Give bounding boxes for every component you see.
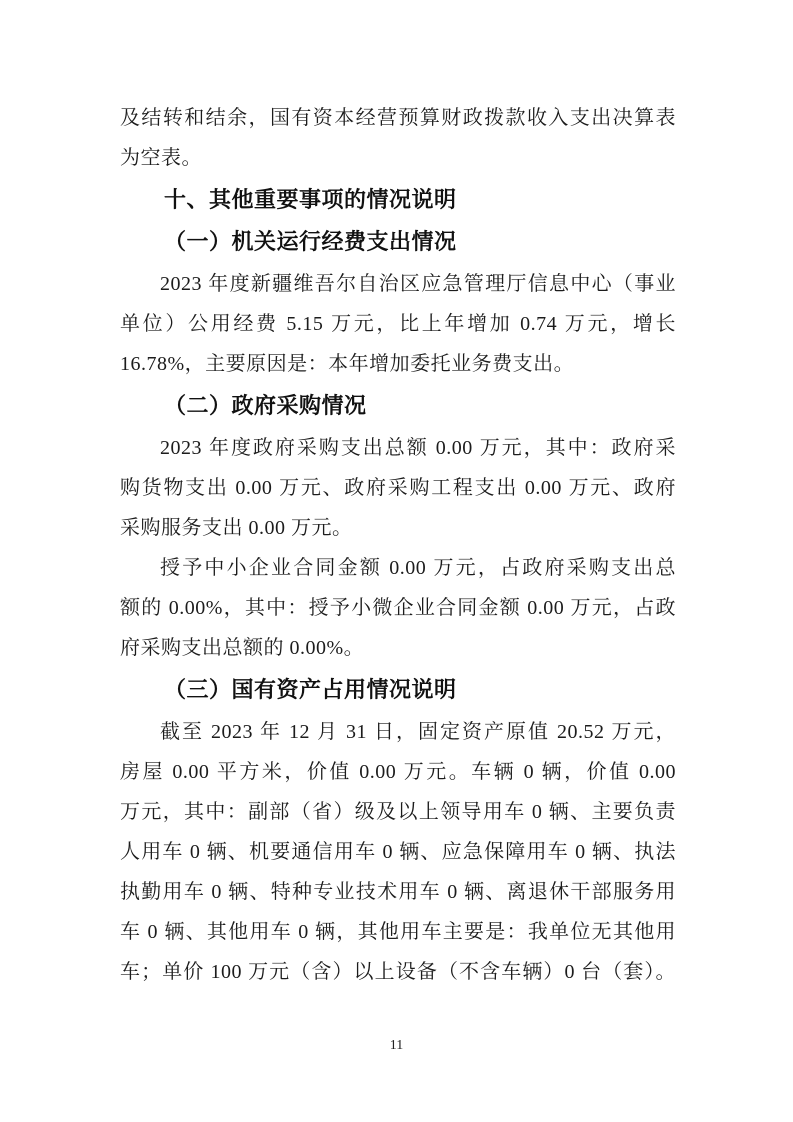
text-line: 房屋 0.00 平方米，价值 0.00 万元。车辆 0 辆，价值 0.00	[120, 752, 676, 792]
text-line: 万元，其中：副部（省）级及以上领导用车 0 辆、主要负责	[120, 792, 676, 832]
page-number: 11	[0, 1036, 793, 1056]
text-line: 16.78%，主要原因是：本年增加委托业务费支出。	[120, 344, 676, 384]
section-heading: （三）国有资产占用情况说明	[120, 670, 676, 710]
section-heading: 十、其他重要事项的情况说明	[120, 180, 676, 220]
document-content: 及结转和结余，国有资本经营预算财政拨款收入支出决算表 为空表。 十、其他重要事项…	[0, 0, 793, 992]
text-line: 为空表。	[120, 138, 676, 178]
text-line: 购货物支出 0.00 万元、政府采购工程支出 0.00 万元、政府	[120, 468, 676, 508]
section-heading: （一）机关运行经费支出情况	[120, 222, 676, 262]
text-line: 额的 0.00%，其中：授予小微企业合同金额 0.00 万元，占政	[120, 588, 676, 628]
document-page: 及结转和结余，国有资本经营预算财政拨款收入支出决算表 为空表。 十、其他重要事项…	[0, 0, 793, 1122]
text-line: 府采购支出总额的 0.00%。	[120, 628, 676, 668]
text-line: 截至 2023 年 12 月 31 日，固定资产原值 20.52 万元，	[120, 712, 676, 752]
text-line: 人用车 0 辆、机要通信用车 0 辆、应急保障用车 0 辆、执法	[120, 832, 676, 872]
text-line: 2023 年度政府采购支出总额 0.00 万元，其中：政府采	[120, 428, 676, 468]
text-line: 及结转和结余，国有资本经营预算财政拨款收入支出决算表	[120, 98, 676, 138]
text-line: 单位）公用经费 5.15 万元，比上年增加 0.74 万元，增长	[120, 304, 676, 344]
section-heading: （二）政府采购情况	[120, 386, 676, 426]
text-line: 车 0 辆、其他用车 0 辆，其他用车主要是：我单位无其他用	[120, 912, 676, 952]
text-line: 执勤用车 0 辆、特种专业技术用车 0 辆、离退休干部服务用	[120, 872, 676, 912]
text-line: 采购服务支出 0.00 万元。	[120, 508, 676, 548]
text-line: 2023 年度新疆维吾尔自治区应急管理厅信息中心（事业	[120, 264, 676, 304]
text-line: 授予中小企业合同金额 0.00 万元，占政府采购支出总	[120, 548, 676, 588]
text-line: 车；单价 100 万元（含）以上设备（不含车辆）0 台（套）。	[120, 952, 676, 992]
